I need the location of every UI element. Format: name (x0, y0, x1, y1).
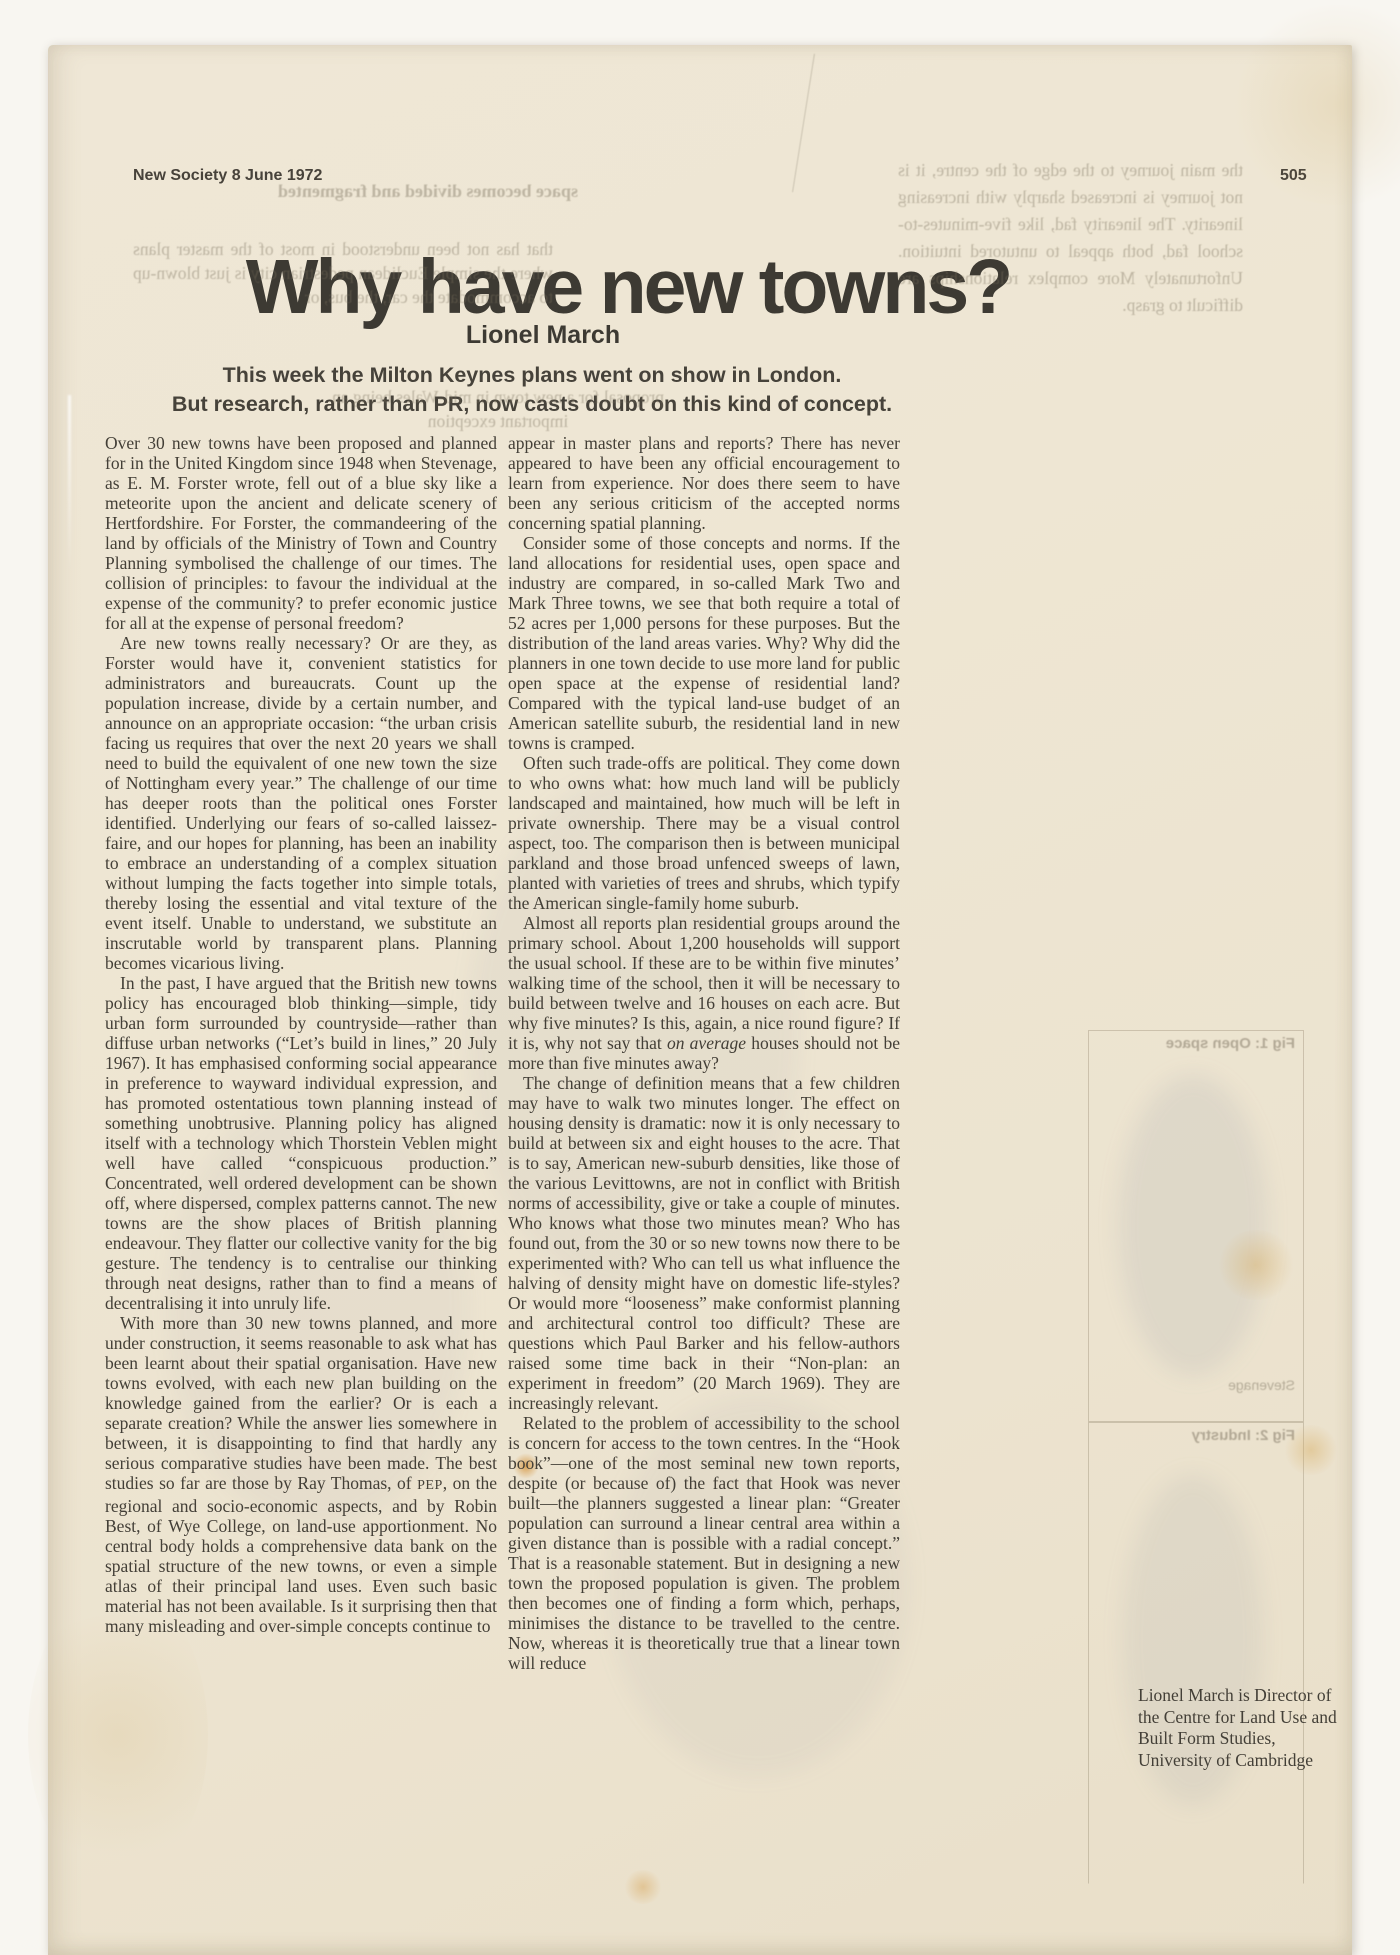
show-through-figure-label: Fig 2: Industry (1095, 1427, 1295, 1444)
article-body: Over 30 new towns have been proposed and… (105, 433, 900, 1673)
show-through-text: the main journey to the edge of the cent… (898, 157, 1243, 319)
paragraph-text: With more than 30 new towns planned, and… (105, 1313, 497, 1493)
body-paragraph: With more than 30 new towns planned, and… (105, 1313, 497, 1636)
right-column: appear in master plans and reports? Ther… (508, 433, 900, 1673)
standfirst-line: This week the Milton Keynes plans went o… (223, 363, 842, 387)
body-paragraph: Consider some of those concepts and norm… (508, 533, 900, 753)
body-paragraph: appear in master plans and reports? Ther… (508, 433, 900, 533)
body-paragraph: Often such trade-offs are political. The… (508, 753, 900, 913)
body-paragraph: Are new towns really necessary? Or are t… (105, 633, 497, 973)
body-paragraph: The change of definition means that a fe… (508, 1073, 900, 1413)
body-paragraph: In the past, I have argued that the Brit… (105, 973, 497, 1313)
paragraph-text: , on the regional and socio-economic asp… (105, 1473, 497, 1636)
show-through-figure-box: Fig 2: Industry (1088, 1422, 1304, 1884)
show-through-line: important exception (428, 411, 568, 431)
show-through-figure-label: Fig 1: Open space (1095, 1035, 1295, 1052)
emphasized-text: on average (667, 1033, 746, 1053)
binding-mark (68, 395, 71, 575)
paragraph-text: Almost all reports plan residential grou… (508, 913, 900, 1053)
show-through-text: space becomes divided and fragmented (278, 181, 578, 202)
author-note: Lionel March is Director of the Centre f… (1138, 1685, 1338, 1771)
left-column: Over 30 new towns have been proposed and… (105, 433, 497, 1673)
show-through-line: proposal for a new town in mid-Wales bei… (332, 387, 664, 407)
magazine-page: space becomes divided and fragmented tha… (48, 45, 1352, 1955)
stain (1283, 1425, 1339, 1475)
show-through-text: that has not been understood in most of … (133, 237, 553, 309)
show-through-figure-box: Fig 1: Open space Stevenage (1088, 1030, 1304, 1422)
body-paragraph: Almost all reports plan residential grou… (508, 913, 900, 1073)
stain (623, 1870, 663, 1904)
show-through-figure-sublabel: Stevenage (1095, 1377, 1295, 1393)
paper-crease (792, 54, 815, 192)
smallcaps-abbreviation: PEP (417, 1478, 443, 1493)
stain (1216, 1230, 1296, 1300)
show-through-text: proposal for a new town in mid-Wales bei… (308, 385, 688, 433)
stain (1228, 5, 1400, 205)
byline: Lionel March (105, 321, 981, 350)
body-paragraph: Over 30 new towns have been proposed and… (105, 433, 497, 633)
body-paragraph: Related to the problem of accessibility … (508, 1413, 900, 1673)
